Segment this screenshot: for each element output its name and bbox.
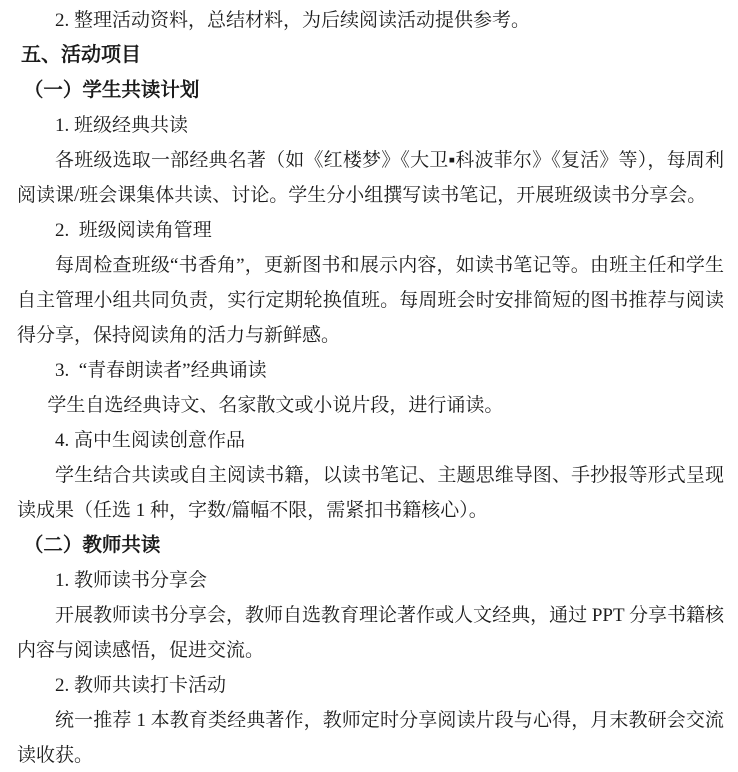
paragraph-line: 2. 班级阅读角管理 — [17, 213, 724, 248]
paragraph-line: 学生自选经典诗文、名家散文或小说片段，进行诵读。 — [17, 388, 724, 423]
document-body: 2. 整理活动资料，总结材料，为后续阅读活动提供参考。五、活动项目（一）学生共读… — [0, 0, 738, 772]
paragraph-line: 读收获。 — [17, 738, 724, 772]
paragraph-line: 每周检查班级“书香角”，更新图书和展示内容，如读书笔记等。由班主任和学生 — [17, 248, 724, 283]
paragraph-line: 得分享，保持阅读角的活力与新鲜感。 — [17, 318, 724, 353]
paragraph-line: 内容与阅读感悟，促进交流。 — [17, 633, 724, 668]
paragraph-line: 学生结合共读或自主阅读书籍，以读书笔记、主题思维导图、手抄报等形式呈现阅 — [17, 458, 724, 493]
subsection-heading: （一）学生共读计划 — [17, 73, 724, 108]
paragraph-line: 1. 教师读书分享会 — [17, 563, 724, 598]
paragraph-line: 1. 班级经典共读 — [17, 108, 724, 143]
paragraph-line: 各班级选取一部经典名著（如《红楼梦》《大卫▪科波菲尔》《复活》等），每周利用 — [17, 143, 724, 178]
paragraph-line: 2. 教师共读打卡活动 — [17, 668, 724, 703]
paragraph-line: 开展教师读书分享会，教师自选教育理论著作或人文经典，通过 PPT 分享书籍核心 — [17, 598, 724, 633]
paragraph-line: 4. 高中生阅读创意作品 — [17, 423, 724, 458]
section-heading: 五、活动项目 — [17, 38, 724, 73]
paragraph-line: 统一推荐 1 本教育类经典著作，教师定时分享阅读片段与心得，月末教研会交流共 — [17, 703, 724, 738]
paragraph-line: 自主管理小组共同负责，实行定期轮换值班。每周班会时安排简短的图书推荐与阅读心 — [17, 283, 724, 318]
paragraph-line: 阅读课/班会课集体共读、讨论。学生分小组撰写读书笔记，开展班级读书分享会。 — [17, 178, 724, 213]
paragraph-line: 读成果（任选 1 种，字数/篇幅不限，需紧扣书籍核心）。 — [17, 493, 724, 528]
paragraph-line: 2. 整理活动资料，总结材料，为后续阅读活动提供参考。 — [17, 3, 724, 38]
document-page: 2. 整理活动资料，总结材料，为后续阅读活动提供参考。五、活动项目（一）学生共读… — [0, 0, 738, 772]
subsection-heading: （二）教师共读 — [17, 528, 724, 563]
paragraph-line: 3. “青春朗读者”经典诵读 — [17, 353, 724, 388]
